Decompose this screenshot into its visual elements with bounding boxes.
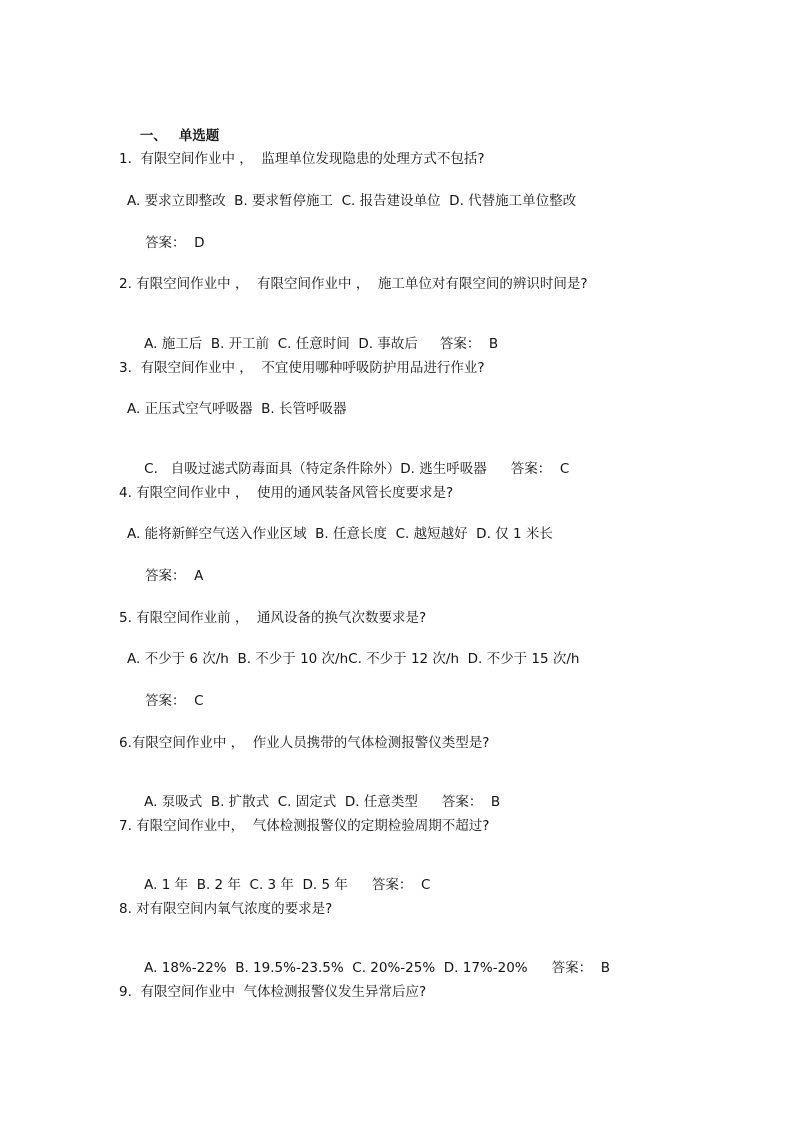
question-4-stem: 4. 有限空间作业中 ， 使用的通风装备风管长度要求是? [119, 484, 453, 502]
question-3-stem: 3. 有限空间作业中 ， 不宜使用哪种呼吸防护用品进行作业? [119, 359, 485, 377]
question-9-stem: 9. 有限空间作业中 气体检测报警仪发生异常后应? [119, 983, 426, 1001]
question-4-options: A. 能将新鲜空气送入作业区域 B. 任意长度 C. 越短越好 D. 仅 1 米… [127, 525, 553, 543]
question-1-stem: 1. 有限空间作业中 ， 监理单位发现隐患的处理方式不包括? [119, 150, 485, 168]
question-7-options-text: A. 1 年 B. 2 年 C. 3 年 D. 5 年 [144, 877, 348, 893]
question-2-answer: 答案： B [440, 336, 498, 352]
question-6-options-text: A. 泵吸式 B. 扩散式 C. 固定式 D. 任意类型 [144, 794, 418, 810]
question-4-answer: 答案： A [145, 567, 203, 585]
question-6-answer: 答案： B [442, 794, 500, 810]
question-8-answer: 答案： B [552, 960, 610, 976]
question-8-options-text: A. 18%-22% B. 19.5%-23.5% C. 20%-25% D. … [144, 960, 527, 976]
section-title: 单选题 [179, 128, 220, 144]
question-5-options: A. 不少于 6 次/h B. 不少于 10 次/hC. 不少于 12 次/h … [127, 650, 579, 668]
question-6-stem: 6.有限空间作业中 ， 作业人员携带的气体检测报警仪类型是? [119, 734, 489, 752]
section-number: 一、 [140, 128, 167, 144]
question-2-options-text: A. 施工后 B. 开工前 C. 任意时间 D. 事故后 [144, 336, 418, 352]
document-page: 一、单选题 1. 有限空间作业中 ， 监理单位发现隐患的处理方式不包括? A. … [0, 0, 793, 1122]
question-7-answer: 答案： C [372, 877, 431, 893]
question-5-answer: 答案： C [145, 692, 204, 710]
question-7-stem: 7. 有限空间作业中， 气体检测报警仪的定期检验周期不超过? [119, 817, 489, 835]
question-2-stem: 2. 有限空间作业中 ， 有限空间作业中 ， 施工单位对有限空间的辨识时间是? [119, 275, 588, 293]
question-3-options-line-1: A. 正压式空气呼吸器 B. 长管呼吸器 [127, 400, 347, 418]
question-3-answer: 答案： C [511, 461, 570, 477]
question-3-options-text: C. 自吸过滤式防毒面具（特定条件除外）D. 逃生呼吸器 [144, 461, 487, 477]
question-5-stem: 5. 有限空间作业前 ， 通风设备的换气次数要求是? [119, 609, 426, 627]
question-1-options: A. 要求立即整改 B. 要求暂停施工 C. 报告建设单位 D. 代替施工单位整… [127, 192, 576, 210]
question-1-answer: 答案： D [145, 234, 204, 252]
question-8-stem: 8. 对有限空间内氧气浓度的要求是? [119, 900, 332, 918]
